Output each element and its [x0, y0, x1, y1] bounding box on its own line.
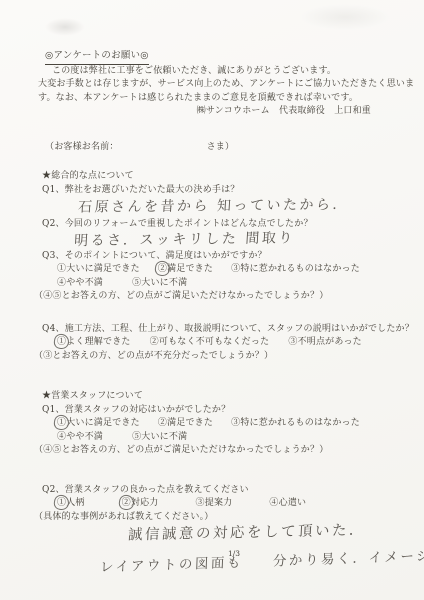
general-q3-label: Q3、そのポイントについて、満足度はいかがですか？ [42, 250, 399, 264]
general-q3-note: （④⑤とお答えの方、どの点がご満足いただけなかったでしょうか？） [34, 290, 399, 304]
customer-name-suffix: さま） [207, 142, 235, 152]
option-nothing-special: ③特に惹かれるものはなかった [231, 263, 360, 277]
general-q3-options-row-1: ①大いに満足できた ②満足できた ③特に惹かれるものはなかった [57, 263, 399, 277]
general-q4-options-row: ①よく理解できた ②可もなく不可もなくだった ③不明点があった [57, 336, 399, 350]
survey-content: ◎アンケートのお願い◎ この度は弊社に工事をご依頼いただき、誠にありがとうござい… [0, 0, 424, 524]
customer-name-line: （お客様お名前：さま） [45, 141, 399, 155]
option-satisfied: ②満足できた [158, 417, 213, 431]
company-signature: ㈱サンコウホーム 代表取締役 上口和重 [38, 105, 399, 119]
scanned-survey-page: ◎アンケートのお願い◎ この度は弊社に工事をご依頼いただき、誠にありがとうござい… [0, 0, 424, 600]
survey-title-row: ◎アンケートのお願い◎ [38, 49, 399, 65]
option-very-satisfied: ①大いに満足できた [57, 263, 140, 277]
general-q3-options-row-2: ④やや不満 ⑤大いに不満 [57, 277, 399, 291]
option-somewhat-dissatisfied: ④やや不満 [57, 431, 103, 445]
sales-q1-options-row-2: ④やや不満 ⑤大いに不満 [57, 431, 399, 445]
sales-q2-label: Q2、営業スタッフの良かった点を教えてください [42, 484, 399, 498]
general-q1-label: Q1、弊社をお選びいただいた最大の決め手は？ [42, 184, 399, 198]
intro-line-3: す。なお、本アンケートは感じられたままのご意見を頂戴できれば幸いです。 [38, 92, 399, 106]
general-q1-handwritten-answer: 石原さんを昔から 知っていたから． [78, 198, 400, 215]
sales-comment-line2-part-b: 分かり易く．イメージ出来た [273, 546, 424, 569]
sales-q1-note: （④⑤とお答えの方、どの点がご満足いただけなかったでしょうか？） [34, 444, 399, 458]
option-satisfied-selected: ②満足できた [158, 263, 213, 277]
sales-q1-options-row-1: ①大いに満足できた ②満足できた ③特に惹かれるものはなかった [57, 417, 399, 431]
section-sales-heading: ★営業スタッフについて [42, 390, 399, 404]
option-responsiveness-selected: ②対応力 [122, 497, 159, 511]
section-general-heading: ★総合的な点について [42, 170, 399, 184]
option-proposal-ability: ③提案力 [196, 497, 233, 511]
sales-comment-line2-part-a: レイアウトの図面も [100, 555, 243, 576]
intro-line-2: 大変お手数とは存じますが、サービス向上のため、アンケートにご協力いただきたく思い… [38, 78, 399, 92]
sales-comment-handwritten-line-2: レイアウトの図面も分かり易く．イメージ出来た [100, 542, 424, 575]
page-number: 1/3 [228, 549, 240, 558]
option-very-dissatisfied: ⑤大いに不満 [132, 277, 187, 291]
sales-comment-handwritten-line-1: 誠信誠意の対応をして頂いた． [128, 518, 367, 544]
option-nothing-special: ③特に惹かれるものはなかった [231, 417, 360, 431]
sales-q2-options-row: ①人柄 ②対応力 ③提案力 ④心遣い [57, 497, 399, 511]
option-neither: ②可もなく不可もなくだった [150, 336, 270, 350]
general-q2-label: Q2、今回のリフォームで重視したポイントはどんな点でしたか？ [42, 218, 399, 232]
option-very-satisfied-selected: ①大いに満足できた [57, 417, 140, 431]
general-q2-handwritten-answer: 明るさ．スッキリした 間取り [74, 231, 400, 249]
intro-line-1: この度は弊社に工事をご依頼いただき、誠にありがとうございます。 [38, 65, 399, 79]
option-very-dissatisfied: ⑤大いに不満 [132, 431, 187, 445]
general-q4-label: Q4、施工方法、工程、仕上がり、取扱説明について、スタッフの説明はいかがでしたか… [42, 323, 399, 337]
general-q4-note: （③とお答えの方、どの点が不充分だったでしょうか？） [34, 350, 399, 364]
option-personality-selected: ①人柄 [57, 497, 85, 511]
sales-q1-label: Q1、営業スタッフの対応はいかがでしたか？ [42, 404, 399, 418]
option-understood-well-selected: ①よく理解できた [57, 336, 131, 350]
option-unclear-points: ③不明点があった [288, 336, 362, 350]
option-thoughtfulness: ④心遣い [269, 497, 306, 511]
handwriting-gap [243, 566, 273, 567]
option-somewhat-dissatisfied: ④やや不満 [57, 277, 103, 291]
survey-title: ◎アンケートのお願い◎ [45, 49, 149, 65]
customer-name-label: （お客様お名前： [45, 142, 119, 152]
